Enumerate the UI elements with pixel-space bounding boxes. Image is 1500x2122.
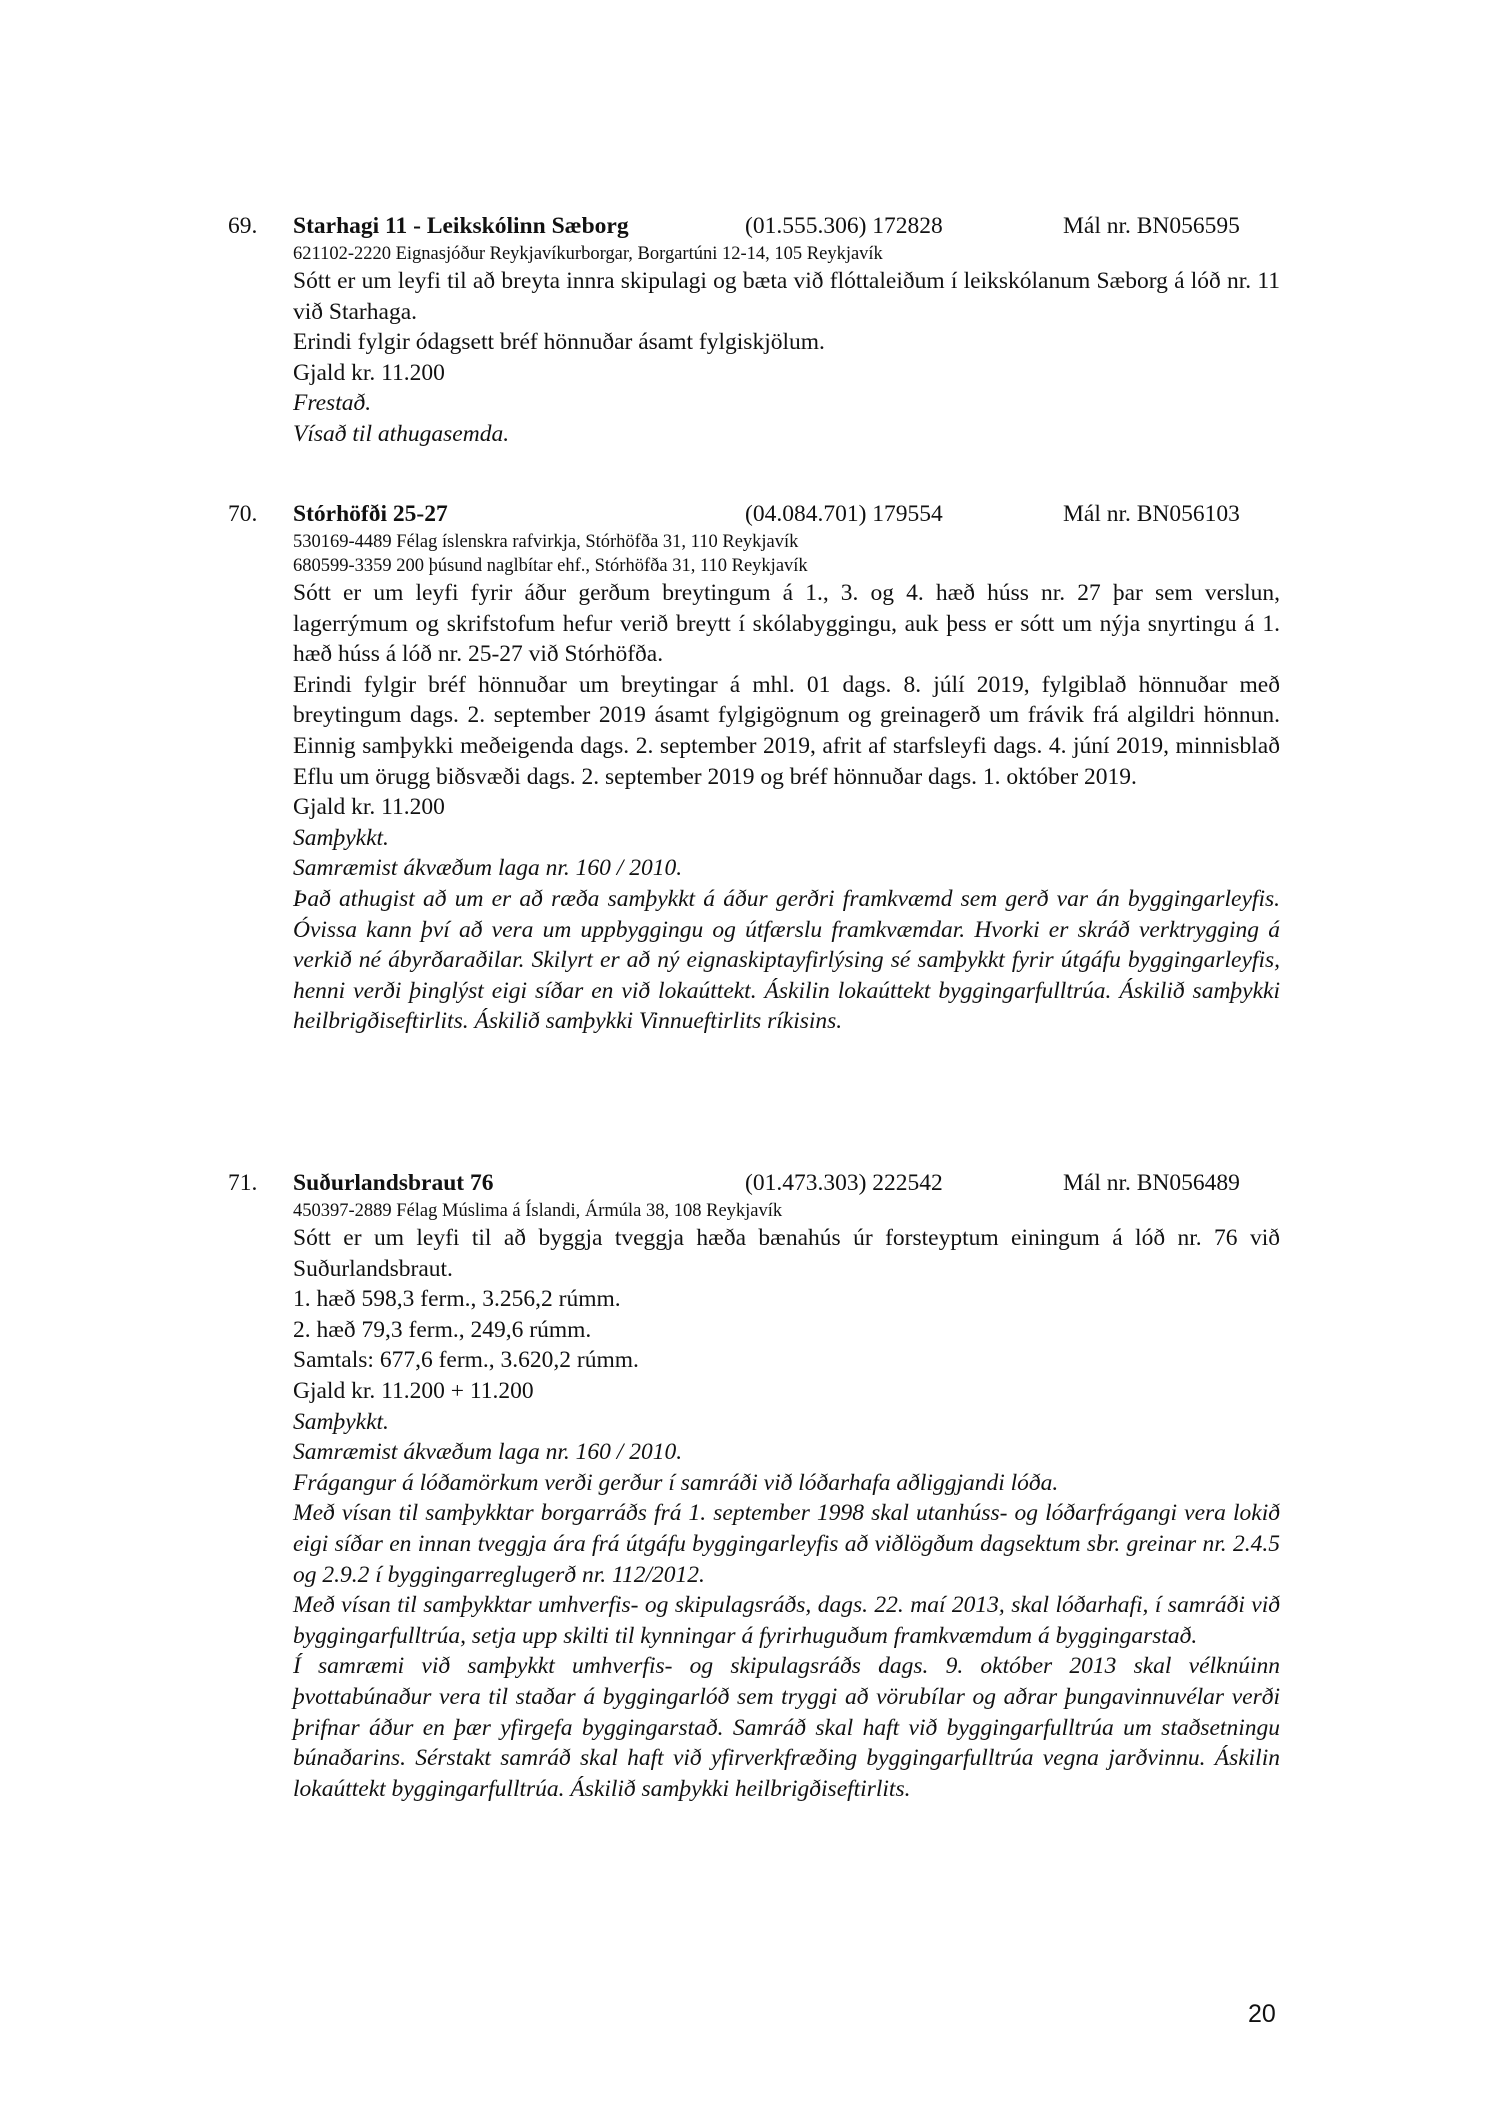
entry-case-number: Mál nr. BN056489: [1063, 1168, 1240, 1199]
entry-reference: (01.473.303) 222542: [745, 1168, 943, 1199]
applicant-list: 450397-2889 Félag Múslima á Íslandi, Árm…: [293, 1199, 1280, 1223]
entry-case-number: Mál nr. BN056595: [1063, 211, 1240, 242]
decision-paragraph: Með vísan til samþykktar umhverfis- og s…: [293, 1590, 1280, 1651]
decision-paragraph: Með vísan til samþykktar borgarráðs frá …: [293, 1498, 1280, 1590]
entry-header: 70. Stórhöfði 25-27 (04.084.701) 179554 …: [228, 499, 1280, 530]
entry-header: 71. Suðurlandsbraut 76 (01.473.303) 2225…: [228, 1168, 1280, 1199]
decision-paragraph: Frestað.: [293, 388, 1280, 419]
body-paragraph: Samtals: 677,6 ferm., 3.620,2 rúmm.: [293, 1345, 1280, 1376]
decision-paragraph: Samræmist ákvæðum laga nr. 160 / 2010.: [293, 1437, 1280, 1468]
applicant-line: 680599-3359 200 þúsund naglbítar ehf., S…: [293, 554, 1280, 578]
decision-paragraph: Það athugist að um er að ræða samþykkt á…: [293, 884, 1280, 1037]
decision-paragraph: Samþykkt.: [293, 1407, 1280, 1438]
entry-case-number: Mál nr. BN056103: [1063, 499, 1240, 530]
body-paragraph: Erindi fylgir ódagsett bréf hönnuðar ása…: [293, 327, 1280, 358]
applicant-line: 450397-2889 Félag Múslima á Íslandi, Árm…: [293, 1199, 1280, 1223]
applicant-list: 621102-2220 Eignasjóður Reykjavíkurborga…: [293, 242, 1280, 266]
entry-number: 71.: [228, 1168, 257, 1199]
paragraph-list: Sótt er um leyfi til að breyta innra ski…: [293, 266, 1280, 450]
entry-body: 450397-2889 Félag Múslima á Íslandi, Árm…: [293, 1199, 1280, 1804]
body-paragraph: Gjald kr. 11.200 + 11.200: [293, 1376, 1280, 1407]
case-entry: 70. Stórhöfði 25-27 (04.084.701) 179554 …: [228, 499, 1280, 1037]
entry-title: Stórhöfði 25-27: [293, 499, 448, 530]
body-paragraph: Erindi fylgir bréf hönnuðar um breytinga…: [293, 670, 1280, 792]
entry-title: Starhagi 11 - Leikskólinn Sæborg: [293, 211, 629, 242]
entry-reference: (01.555.306) 172828: [745, 211, 943, 242]
decision-paragraph: Vísað til athugasemda.: [293, 419, 1280, 450]
paragraph-list: Sótt er um leyfi fyrir áður gerðum breyt…: [293, 578, 1280, 1037]
applicant-line: 530169-4489 Félag íslenskra rafvirkja, S…: [293, 530, 1280, 554]
decision-paragraph: Samþykkt.: [293, 823, 1280, 854]
decision-paragraph: Í samræmi við samþykkt umhverfis- og ski…: [293, 1651, 1280, 1804]
body-paragraph: Gjald kr. 11.200: [293, 792, 1280, 823]
entry-body: 621102-2220 Eignasjóður Reykjavíkurborga…: [293, 242, 1280, 450]
entry-reference: (04.084.701) 179554: [745, 499, 943, 530]
entry-body: 530169-4489 Félag íslenskra rafvirkja, S…: [293, 530, 1280, 1037]
entry-title: Suðurlandsbraut 76: [293, 1168, 493, 1199]
body-paragraph: Gjald kr. 11.200: [293, 358, 1280, 389]
applicant-list: 530169-4489 Félag íslenskra rafvirkja, S…: [293, 530, 1280, 578]
body-paragraph: Sótt er um leyfi til að byggja tveggja h…: [293, 1223, 1280, 1284]
case-entry: 71. Suðurlandsbraut 76 (01.473.303) 2225…: [228, 1168, 1280, 1804]
decision-paragraph: Samræmist ákvæðum laga nr. 160 / 2010.: [293, 853, 1280, 884]
body-paragraph: Sótt er um leyfi til að breyta innra ski…: [293, 266, 1280, 327]
entry-header: 69. Starhagi 11 - Leikskólinn Sæborg (01…: [228, 211, 1280, 242]
paragraph-list: Sótt er um leyfi til að byggja tveggja h…: [293, 1223, 1280, 1804]
decision-paragraph: Frágangur á lóðamörkum verði gerður í sa…: [293, 1468, 1280, 1499]
body-paragraph: Sótt er um leyfi fyrir áður gerðum breyt…: [293, 578, 1280, 670]
page-number: 20: [1248, 2000, 1276, 2029]
body-paragraph: 2. hæð 79,3 ferm., 249,6 rúmm.: [293, 1315, 1280, 1346]
entry-number: 70.: [228, 499, 257, 530]
body-paragraph: 1. hæð 598,3 ferm., 3.256,2 rúmm.: [293, 1284, 1280, 1315]
case-entry: 69. Starhagi 11 - Leikskólinn Sæborg (01…: [228, 211, 1280, 450]
document-page: 69. Starhagi 11 - Leikskólinn Sæborg (01…: [0, 0, 1500, 2122]
applicant-line: 621102-2220 Eignasjóður Reykjavíkurborga…: [293, 242, 1280, 266]
entry-number: 69.: [228, 211, 257, 242]
